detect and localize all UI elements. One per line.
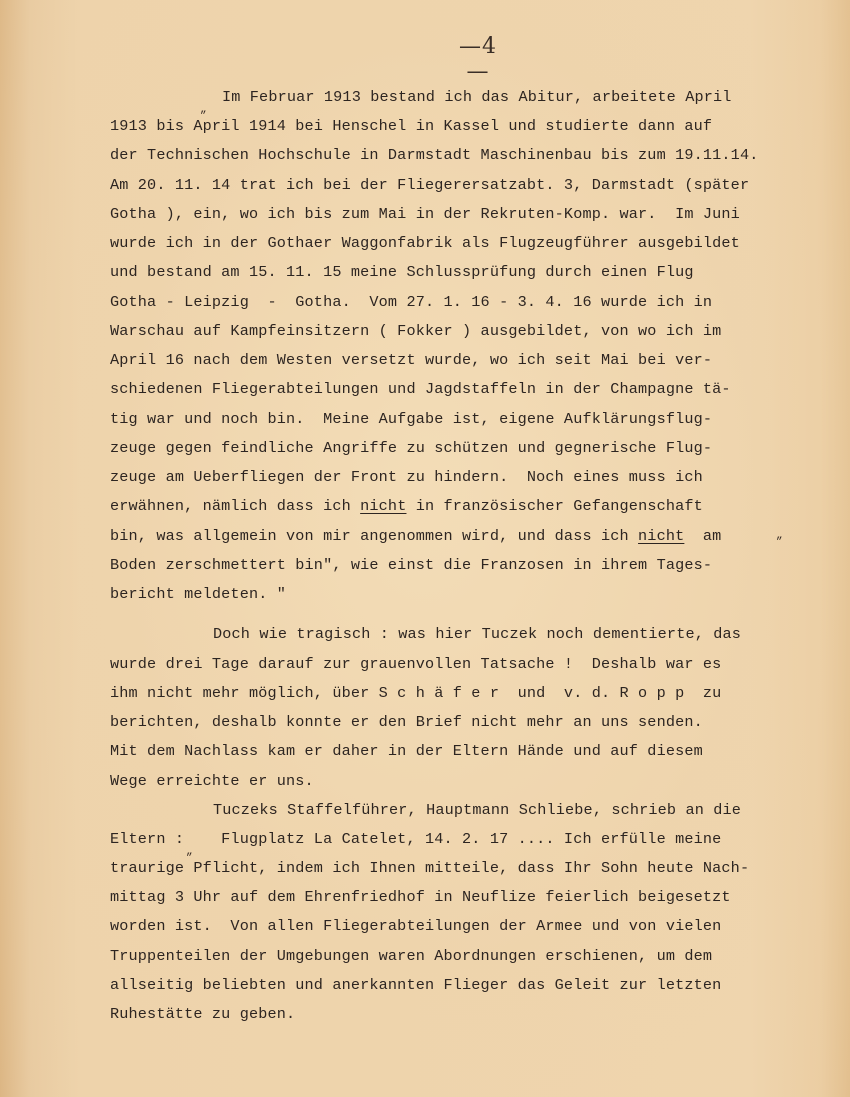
typewritten-page: —4— Im Februar 1913 bestand ich das Abit…	[0, 0, 850, 1097]
text-line: Tuczeks Staffelführer, Hauptmann Schlieb…	[213, 801, 741, 819]
text-line: wurde drei Tage darauf zur grauenvollen …	[110, 655, 721, 673]
text-line: und bestand am 15. 11. 15 meine Schlussp…	[110, 263, 694, 281]
text-line: Warschau auf Kampfeinsitzern ( Fokker ) …	[110, 322, 721, 340]
quote-mark: „	[186, 846, 193, 858]
page-number: —4—	[455, 34, 501, 84]
quote-mark: „	[776, 530, 783, 542]
text-span: in französischer Gefangenschaft	[406, 497, 702, 515]
text-line: bericht meldeten. "	[110, 585, 286, 603]
text-line: Boden zerschmettert bin", wie einst die …	[110, 556, 712, 574]
text-line-with-emphasis: erwähnen, nämlich dass ich nicht in fran…	[110, 497, 703, 515]
text-line: April 16 nach dem Westen versetzt wurde,…	[110, 351, 712, 369]
text-line: Truppenteilen der Umgebungen waren Abord…	[110, 947, 712, 965]
text-line: Gotha ), ein, wo ich bis zum Mai in der …	[110, 205, 740, 223]
text-line: zeuge gegen feindliche Angriffe zu schüt…	[110, 439, 712, 457]
underlined-word: nicht	[360, 497, 406, 515]
text-line: schiedenen Fliegerabteilungen und Jagdst…	[110, 380, 731, 398]
text-line: ihm nicht mehr möglich, über S c h ä f e…	[110, 684, 721, 702]
text-line: zeuge am Ueberfliegen der Front zu hinde…	[110, 468, 703, 486]
text-line: Gotha - Leipzig - Gotha. Vom 27. 1. 16 -…	[110, 293, 712, 311]
text-line: berichten, deshalb konnte er den Brief n…	[110, 713, 703, 731]
text-line: mittag 3 Uhr auf dem Ehrenfriedhof in Ne…	[110, 888, 731, 906]
text-line: Doch wie tragisch : was hier Tuczek noch…	[213, 625, 741, 643]
text-span: am	[684, 527, 721, 545]
quote-mark: „	[200, 104, 207, 116]
text-line: traurige Pflicht, indem ich Ihnen mittei…	[110, 859, 749, 877]
text-line: der Technischen Hochschule in Darmstadt …	[110, 146, 758, 164]
text-line: Eltern : Flugplatz La Catelet, 14. 2. 17…	[110, 830, 721, 848]
text-span: bin, was allgemein von mir angenommen wi…	[110, 527, 638, 545]
text-line-with-emphasis: bin, was allgemein von mir angenommen wi…	[110, 527, 721, 545]
text-line: allseitig beliebten und anerkannten Flie…	[110, 976, 721, 994]
text-line: Am 20. 11. 14 trat ich bei der Fliegerer…	[110, 176, 749, 194]
text-line: Mit dem Nachlass kam er daher in der Elt…	[110, 742, 703, 760]
text-line: tig war und noch bin. Meine Aufgabe ist,…	[110, 410, 712, 428]
text-line: Ruhestätte zu geben.	[110, 1005, 295, 1023]
text-line: 1913 bis April 1914 bei Henschel in Kass…	[110, 117, 712, 135]
text-line: wurde ich in der Gothaer Waggonfabrik al…	[110, 234, 740, 252]
text-line: Wege erreichte er uns.	[110, 772, 314, 790]
text-line: Im Februar 1913 bestand ich das Abitur, …	[222, 88, 732, 106]
text-line: worden ist. Von allen Fliegerabteilungen…	[110, 917, 721, 935]
underlined-word: nicht	[638, 527, 684, 545]
text-span: erwähnen, nämlich dass ich	[110, 497, 360, 515]
